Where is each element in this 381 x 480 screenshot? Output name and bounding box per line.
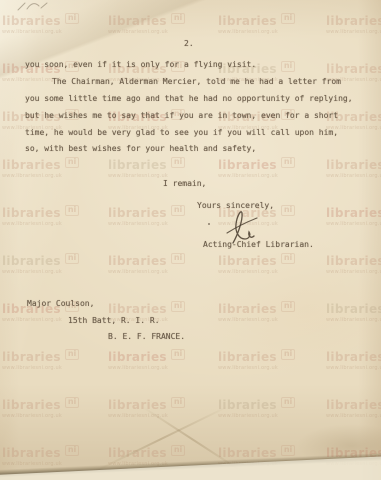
ni-logo: ni	[65, 157, 79, 168]
watermark-word: libraries	[2, 446, 61, 460]
watermark-word: libraries	[2, 398, 61, 412]
watermark: librariesniwww.librariesni.org.uk	[2, 156, 112, 179]
ni-logo: ni	[171, 253, 185, 264]
watermark: librariesniwww.librariesni.org.uk	[108, 156, 218, 179]
ni-logo: ni	[65, 349, 79, 360]
watermark: librariesniwww.librariesni.org.uk	[108, 12, 218, 35]
ni-logo: ni	[65, 253, 79, 264]
page-number: 2.	[184, 39, 194, 48]
watermark: librariesniwww.librariesni.org.uk	[326, 156, 381, 179]
ni-logo: ni	[171, 445, 185, 456]
watermark-url: www.librariesni.org.uk	[108, 270, 218, 275]
watermark: librariesniwww.librariesni.org.uk	[108, 348, 218, 371]
watermark-word: libraries	[2, 206, 61, 220]
watermark-url: www.librariesni.org.uk	[218, 414, 328, 419]
watermark-url: www.librariesni.org.uk	[108, 414, 218, 419]
watermark-word: libraries	[108, 446, 167, 460]
watermark: librariesniwww.librariesni.org.uk	[326, 204, 381, 227]
recipient-location: B. E. F. FRANCE.	[108, 332, 185, 341]
watermark-word: libraries	[2, 158, 61, 172]
body-line: you soon, even if it is only for a flyin…	[25, 60, 256, 69]
ni-logo: ni	[65, 445, 79, 456]
watermark-url: www.librariesni.org.uk	[326, 366, 381, 371]
ni-logo: ni	[65, 397, 79, 408]
watermark-url: www.librariesni.org.uk	[218, 366, 328, 371]
watermark: librariesniwww.librariesni.org.uk	[326, 396, 381, 419]
ink-dot	[208, 223, 210, 225]
watermark-url: www.librariesni.org.uk	[326, 30, 381, 35]
watermark: librariesniwww.librariesni.org.uk	[108, 444, 218, 467]
watermark-url: www.librariesni.org.uk	[2, 414, 112, 419]
body-line: but he wishes me to say that if you are …	[25, 111, 338, 120]
watermark-word: libraries	[218, 14, 277, 28]
ni-logo: ni	[171, 397, 185, 408]
watermark-word: libraries	[326, 446, 381, 460]
watermark-url: www.librariesni.org.uk	[108, 462, 218, 467]
watermark-word: libraries	[218, 158, 277, 172]
ni-logo: ni	[171, 301, 185, 312]
watermark-url: www.librariesni.org.uk	[218, 462, 328, 467]
watermark-word: libraries	[326, 206, 381, 220]
watermark-url: www.librariesni.org.uk	[2, 174, 112, 179]
watermark-url: www.librariesni.org.uk	[218, 270, 328, 275]
watermark-url: www.librariesni.org.uk	[108, 30, 218, 35]
watermark-url: www.librariesni.org.uk	[2, 462, 112, 467]
watermark-url: www.librariesni.org.uk	[326, 222, 381, 227]
watermark-url: www.librariesni.org.uk	[2, 222, 112, 227]
watermark: librariesniwww.librariesni.org.uk	[218, 396, 328, 419]
watermark: librariesniwww.librariesni.org.uk	[218, 156, 328, 179]
ni-logo: ni	[281, 253, 295, 264]
watermark: librariesniwww.librariesni.org.uk	[2, 348, 112, 371]
watermark-word: libraries	[326, 62, 381, 76]
watermark-word: libraries	[326, 302, 381, 316]
watermark: librariesniwww.librariesni.org.uk	[2, 12, 112, 35]
watermark: librariesniwww.librariesni.org.uk	[326, 252, 381, 275]
ni-logo: ni	[281, 61, 295, 72]
watermark-word: libraries	[218, 254, 277, 268]
ni-logo: ni	[65, 13, 79, 24]
watermark-word: libraries	[108, 302, 167, 316]
watermark-word: libraries	[2, 350, 61, 364]
watermark-word: libraries	[326, 14, 381, 28]
watermark-url: www.librariesni.org.uk	[326, 414, 381, 419]
watermark-url: www.librariesni.org.uk	[218, 318, 328, 323]
watermark-url: www.librariesni.org.uk	[2, 366, 112, 371]
watermark-layer: librariesniwww.librariesni.org.uklibrari…	[0, 0, 381, 480]
watermark: librariesniwww.librariesni.org.uk	[2, 252, 112, 275]
watermark-word: libraries	[218, 446, 277, 460]
watermark-url: www.librariesni.org.uk	[218, 30, 328, 35]
ni-logo: ni	[171, 13, 185, 24]
watermark-word: libraries	[326, 398, 381, 412]
watermark-word: libraries	[108, 254, 167, 268]
watermark: librariesniwww.librariesni.org.uk	[2, 396, 112, 419]
watermark-word: libraries	[218, 350, 277, 364]
closing-line: I remain,	[163, 179, 206, 188]
ni-logo: ni	[281, 445, 295, 456]
watermark-url: www.librariesni.org.uk	[2, 30, 112, 35]
ni-logo: ni	[281, 157, 295, 168]
ni-logo: ni	[281, 205, 295, 216]
watermark-word: libraries	[108, 350, 167, 364]
body-line: you some little time ago and that he had…	[25, 94, 353, 103]
watermark-word: libraries	[108, 14, 167, 28]
recipient-name: Major Coulson,	[27, 299, 94, 308]
watermark-word: libraries	[2, 254, 61, 268]
watermark: librariesniwww.librariesni.org.uk	[218, 444, 328, 467]
watermark: librariesniwww.librariesni.org.uk	[108, 396, 218, 419]
ni-logo: ni	[281, 349, 295, 360]
watermark-url: www.librariesni.org.uk	[326, 270, 381, 275]
watermark-url: www.librariesni.org.uk	[326, 174, 381, 179]
watermark-word: libraries	[108, 206, 167, 220]
watermark-word: libraries	[108, 158, 167, 172]
ni-logo: ni	[171, 349, 185, 360]
watermark: librariesniwww.librariesni.org.uk	[2, 444, 112, 467]
watermark-word: libraries	[108, 398, 167, 412]
watermark: librariesniwww.librariesni.org.uk	[2, 204, 112, 227]
watermark: librariesniwww.librariesni.org.uk	[326, 348, 381, 371]
ni-logo: ni	[65, 205, 79, 216]
watermark: librariesniwww.librariesni.org.uk	[326, 12, 381, 35]
watermark-url: www.librariesni.org.uk	[218, 174, 328, 179]
ni-logo: ni	[281, 397, 295, 408]
watermark: librariesniwww.librariesni.org.uk	[218, 252, 328, 275]
recipient-unit: 15th Batt, R. I. R.	[68, 316, 160, 325]
watermark-url: www.librariesni.org.uk	[326, 318, 381, 323]
watermark: librariesniwww.librariesni.org.uk	[326, 300, 381, 323]
watermark-word: libraries	[218, 398, 277, 412]
watermark-url: www.librariesni.org.uk	[108, 222, 218, 227]
ni-logo: ni	[171, 157, 185, 168]
signature-title: Acting-Chief Librarian.	[203, 240, 314, 249]
watermark: librariesniwww.librariesni.org.uk	[218, 348, 328, 371]
body-line: time, he would be very glad to see you i…	[25, 128, 338, 137]
watermark: librariesniwww.librariesni.org.uk	[326, 444, 381, 467]
watermark: librariesniwww.librariesni.org.uk	[218, 300, 328, 323]
watermark-word: libraries	[218, 302, 277, 316]
body-line: The Chairman, Alderman Mercier, told me …	[52, 77, 341, 86]
watermark-word: libraries	[326, 254, 381, 268]
watermark-url: www.librariesni.org.uk	[2, 270, 112, 275]
watermark: librariesniwww.librariesni.org.uk	[108, 252, 218, 275]
watermark-word: libraries	[2, 14, 61, 28]
watermark-url: www.librariesni.org.uk	[326, 462, 381, 467]
watermark: librariesniwww.librariesni.org.uk	[218, 12, 328, 35]
body-line: so, with best wishes for your health and…	[25, 144, 256, 153]
ni-logo: ni	[281, 301, 295, 312]
ni-logo: ni	[171, 205, 185, 216]
ni-logo: ni	[281, 13, 295, 24]
watermark-url: www.librariesni.org.uk	[108, 366, 218, 371]
watermark-word: libraries	[326, 350, 381, 364]
pencil-marks	[14, 0, 54, 14]
watermark-word: libraries	[326, 158, 381, 172]
scanned-letter-page: librariesniwww.librariesni.org.uklibrari…	[0, 0, 381, 480]
